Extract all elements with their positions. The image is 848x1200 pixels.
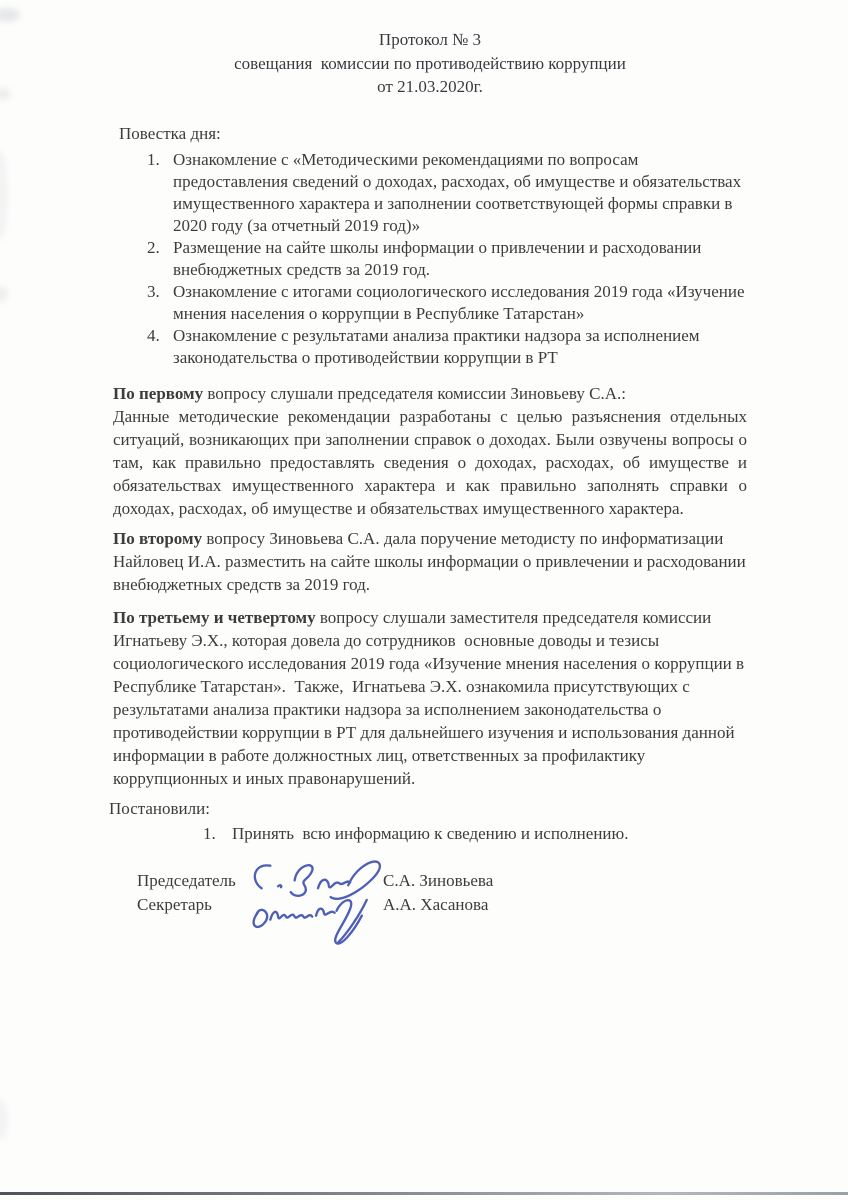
- agenda-item-number: 1.: [147, 149, 173, 237]
- resolution-heading: Постановили:: [109, 797, 749, 820]
- resolution-item-number: 1.: [203, 822, 232, 845]
- section-paragraph: По второму вопросу Зиновьева С.А. дала п…: [113, 527, 747, 596]
- agenda-item-text: Ознакомление с результатами анализа прак…: [173, 325, 747, 369]
- section-first-question: По первому вопросу слушали председателя …: [113, 382, 747, 520]
- section-lead-bold: По первому: [113, 384, 203, 403]
- title-line-protocol-number: Протокол № 3: [113, 28, 747, 52]
- scan-smudge: [0, 286, 8, 302]
- signature-name: А.А. Хасанова: [383, 893, 488, 917]
- section-lead-bold: По второму: [113, 529, 202, 548]
- section-lead-rest: вопросу слушали заместителя председателя…: [113, 608, 748, 788]
- section-second-question: По второму вопросу Зиновьева С.А. дала п…: [113, 527, 747, 596]
- agenda-item-3: 3. Ознакомление с итогами социологическо…: [147, 281, 747, 325]
- title-line-date: от 21.03.2020г.: [113, 75, 747, 99]
- agenda-item-2: 2. Размещение на сайте школы информации …: [147, 237, 747, 281]
- agenda-item-text: Ознакомление с итогами социологического …: [173, 281, 747, 325]
- resolution-item-1: 1. Принять всю информацию к сведению и и…: [203, 822, 749, 845]
- section-lead-bold: По третьему и четвертому: [113, 608, 316, 627]
- resolution-section: Постановили: 1. Принять всю информацию к…: [109, 797, 749, 845]
- section-lead-rest: вопросу слушали председателя комиссии Зи…: [203, 384, 626, 403]
- signature-block: Председатель С.А. Зиновьева Секретарь А.…: [137, 869, 657, 916]
- section-lead: По первому вопросу слушали председателя …: [113, 382, 747, 405]
- agenda-item-4: 4. Ознакомление с результатами анализа п…: [147, 325, 747, 369]
- signature-role: Секретарь: [137, 893, 383, 917]
- agenda-item-number: 4.: [147, 325, 173, 369]
- agenda-item-text: Ознакомление с «Методическими рекомендац…: [173, 149, 747, 237]
- scan-smudge: [0, 1100, 8, 1140]
- title-line-meeting-subject: совещания комиссии по противодействию ко…: [113, 52, 747, 76]
- agenda-heading: Повестка дня:: [119, 122, 747, 145]
- section-lead-rest: вопросу Зиновьева С.А. дала поручение ме…: [113, 529, 750, 594]
- scan-page-edge-line: [0, 1192, 848, 1195]
- scan-smudge: [0, 8, 20, 22]
- scanned-document-page: Протокол № 3 совещания комиссии по проти…: [0, 0, 848, 1200]
- agenda-section: Повестка дня: 1. Ознакомление с «Методич…: [113, 122, 747, 369]
- signature-name: С.А. Зиновьева: [383, 869, 493, 893]
- section-third-fourth-question: По третьему и четвертому вопросу слушали…: [113, 606, 747, 790]
- resolution-item-text: Принять всю информацию к сведению и испо…: [232, 822, 628, 845]
- agenda-item-number: 3.: [147, 281, 173, 325]
- signature-row-secretary: Секретарь А.А. Хасанова: [137, 893, 657, 917]
- agenda-item-text: Размещение на сайте школы информации о п…: [173, 237, 747, 281]
- scan-smudge: [0, 88, 11, 100]
- section-paragraph: По третьему и четвертому вопросу слушали…: [113, 606, 747, 790]
- agenda-item-1: 1. Ознакомление с «Методическими рекомен…: [147, 149, 747, 237]
- section-body: Данные методические рекомендации разрабо…: [113, 405, 747, 520]
- scan-smudge: [0, 150, 8, 240]
- signature-row-chairman: Председатель С.А. Зиновьева: [137, 869, 657, 893]
- signature-role: Председатель: [137, 869, 383, 893]
- document-title-block: Протокол № 3 совещания комиссии по проти…: [113, 28, 747, 99]
- agenda-item-number: 2.: [147, 237, 173, 281]
